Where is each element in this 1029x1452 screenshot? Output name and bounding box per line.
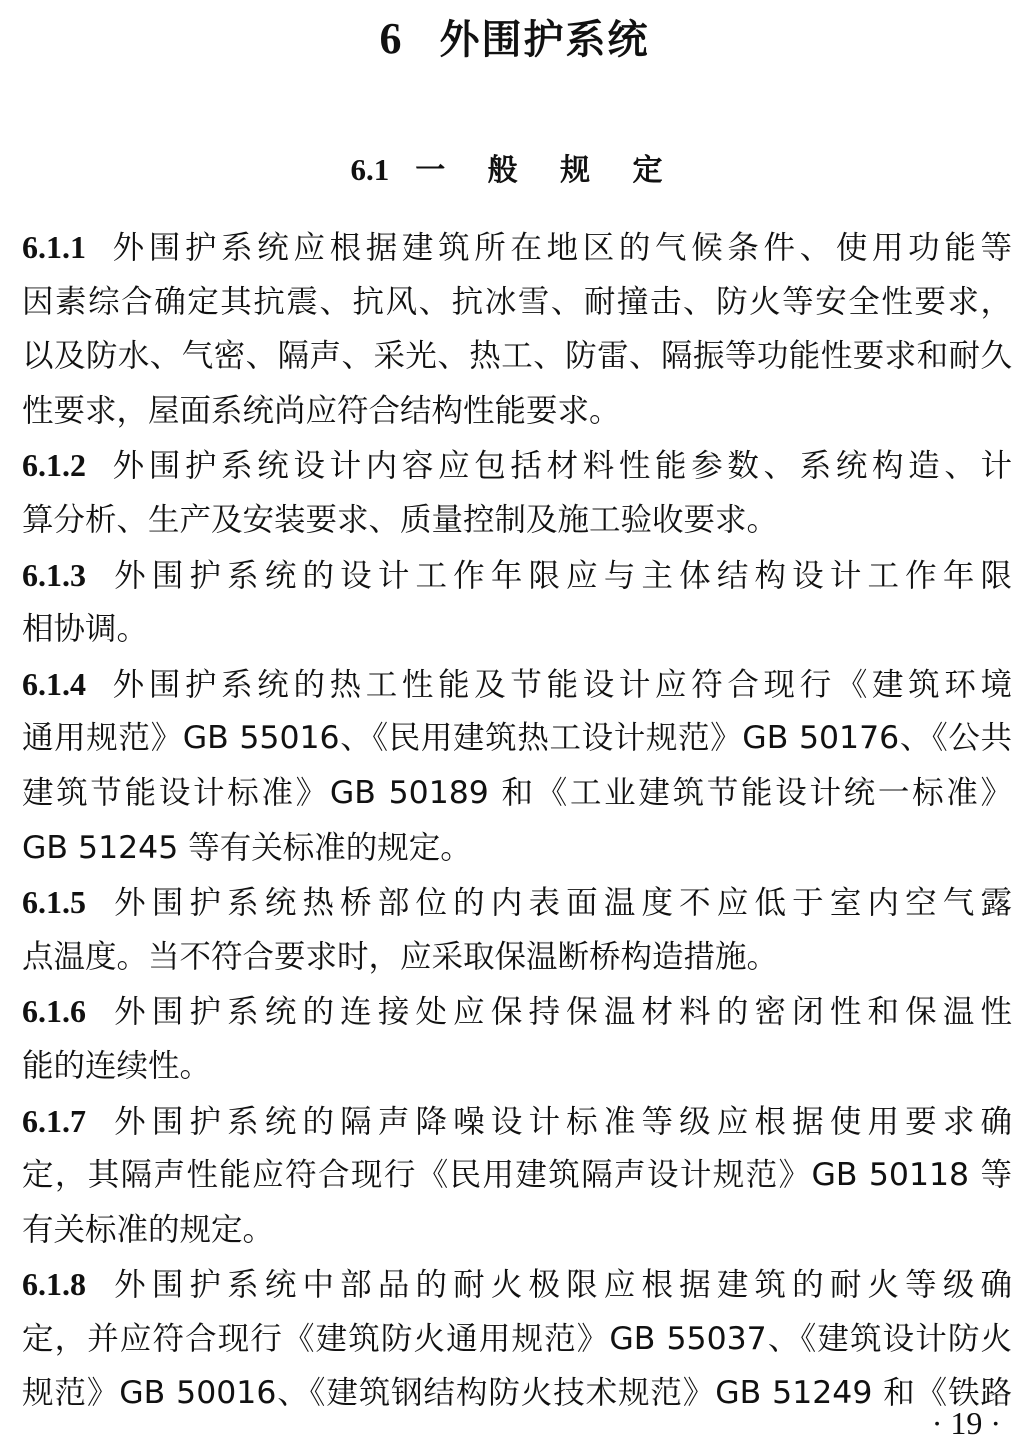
clause-number: 6.1.8 <box>22 1266 86 1302</box>
clause-text: 外围护系统的隔声降噪设计标准等级应根据使用要求确 <box>108 1104 1012 1140</box>
clause-text-line: 相协调。 <box>22 602 1012 657</box>
clause-text-line: 规范》GB 50016、《建筑钢结构防火技术规范》GB 51249 和《铁路 <box>22 1366 1012 1421</box>
clause-text-line: 算分析、生产及安装要求、质量控制及施工验收要求。 <box>22 493 1012 548</box>
clause-number: 6.1.5 <box>22 884 86 920</box>
clause-6-1-3-line-1: 6.1.3外围护系统的设计工作年限应与主体结构设计工作年限 <box>22 548 1012 603</box>
section-number: 6.1 <box>350 152 389 187</box>
clause-number: 6.1.4 <box>22 666 86 702</box>
section-title-text: 一 般 规 定 <box>415 153 678 188</box>
clause-number: 6.1.1 <box>22 229 86 265</box>
clause-text-line: 建筑节能设计标准》GB 50189 和《工业建筑节能设计统一标准》 <box>22 766 1012 821</box>
clause-text-line: 能的连续性。 <box>22 1039 1012 1094</box>
clause-text: 外围护系统的热工性能及节能设计应符合现行《建筑环境 <box>108 667 1012 703</box>
clause-6-1-6-line-1: 6.1.6外围护系统的连接处应保持保温材料的密闭性和保温性 <box>22 984 1012 1039</box>
clause-text-line: 有关标准的规定。 <box>22 1203 1012 1258</box>
clause-text-line: 以及防水、气密、隔声、采光、热工、防雷、隔振等功能性要求和耐久 <box>22 329 1012 384</box>
clause-list: 6.1.1外围护系统应根据建筑所在地区的气候条件、使用功能等 因素综合确定其抗震… <box>22 220 1012 1421</box>
clause-text-line: GB 51245 等有关标准的规定。 <box>22 821 1012 876</box>
clause-text: 外围护系统设计内容应包括材料性能参数、系统构造、计 <box>108 448 1012 484</box>
clause-6-1-7-line-1: 6.1.7外围护系统的隔声降噪设计标准等级应根据使用要求确 <box>22 1094 1012 1149</box>
clause-text-line: 点温度。当不符合要求时，应采取保温断桥构造措施。 <box>22 930 1012 985</box>
clause-6-1-1-line-1: 6.1.1外围护系统应根据建筑所在地区的气候条件、使用功能等 <box>22 220 1012 275</box>
clause-6-1-2-line-1: 6.1.2外围护系统设计内容应包括材料性能参数、系统构造、计 <box>22 438 1012 493</box>
clause-number: 6.1.3 <box>22 557 86 593</box>
clause-text-line: 定，其隔声性能应符合现行《民用建筑隔声设计规范》GB 50118 等 <box>22 1148 1012 1203</box>
clause-text-line: 定，并应符合现行《建筑防火通用规范》GB 55037、《建筑设计防火 <box>22 1312 1012 1367</box>
clause-6-1-8-line-1: 6.1.8外围护系统中部品的耐火极限应根据建筑的耐火等级确 <box>22 1257 1012 1312</box>
clause-text-line: 通用规范》GB 55016、《民用建筑热工设计规范》GB 50176、《公共 <box>22 711 1012 766</box>
clause-number: 6.1.6 <box>22 993 86 1029</box>
chapter-number: 6 <box>380 14 404 63</box>
section-title: 6.1一 般 规 定 <box>0 145 1029 189</box>
clause-text-line: 性要求，屋面系统尚应符合结构性能要求。 <box>22 384 1012 439</box>
clause-text: 外围护系统中部品的耐火极限应根据建筑的耐火等级确 <box>108 1267 1012 1303</box>
clause-6-1-4-line-1: 6.1.4外围护系统的热工性能及节能设计应符合现行《建筑环境 <box>22 657 1012 712</box>
clause-text: 外围护系统应根据建筑所在地区的气候条件、使用功能等 <box>108 230 1012 266</box>
chapter-title-text: 外围护系统 <box>440 17 650 63</box>
chapter-title: 6外围护系统 <box>0 8 1029 65</box>
page-number: · 19 · <box>932 1405 1001 1442</box>
clause-number: 6.1.2 <box>22 447 86 483</box>
clause-number: 6.1.7 <box>22 1103 86 1139</box>
clause-text-line: 因素综合确定其抗震、抗风、抗冰雪、耐撞击、防火等安全性要求， <box>22 275 1012 330</box>
clause-text: 外围护系统热桥部位的内表面温度不应低于室内空气露 <box>108 885 1012 921</box>
clause-text: 外围护系统的连接处应保持保温材料的密闭性和保温性 <box>108 994 1012 1030</box>
clause-6-1-5-line-1: 6.1.5外围护系统热桥部位的内表面温度不应低于室内空气露 <box>22 875 1012 930</box>
clause-text: 外围护系统的设计工作年限应与主体结构设计工作年限 <box>108 558 1012 594</box>
